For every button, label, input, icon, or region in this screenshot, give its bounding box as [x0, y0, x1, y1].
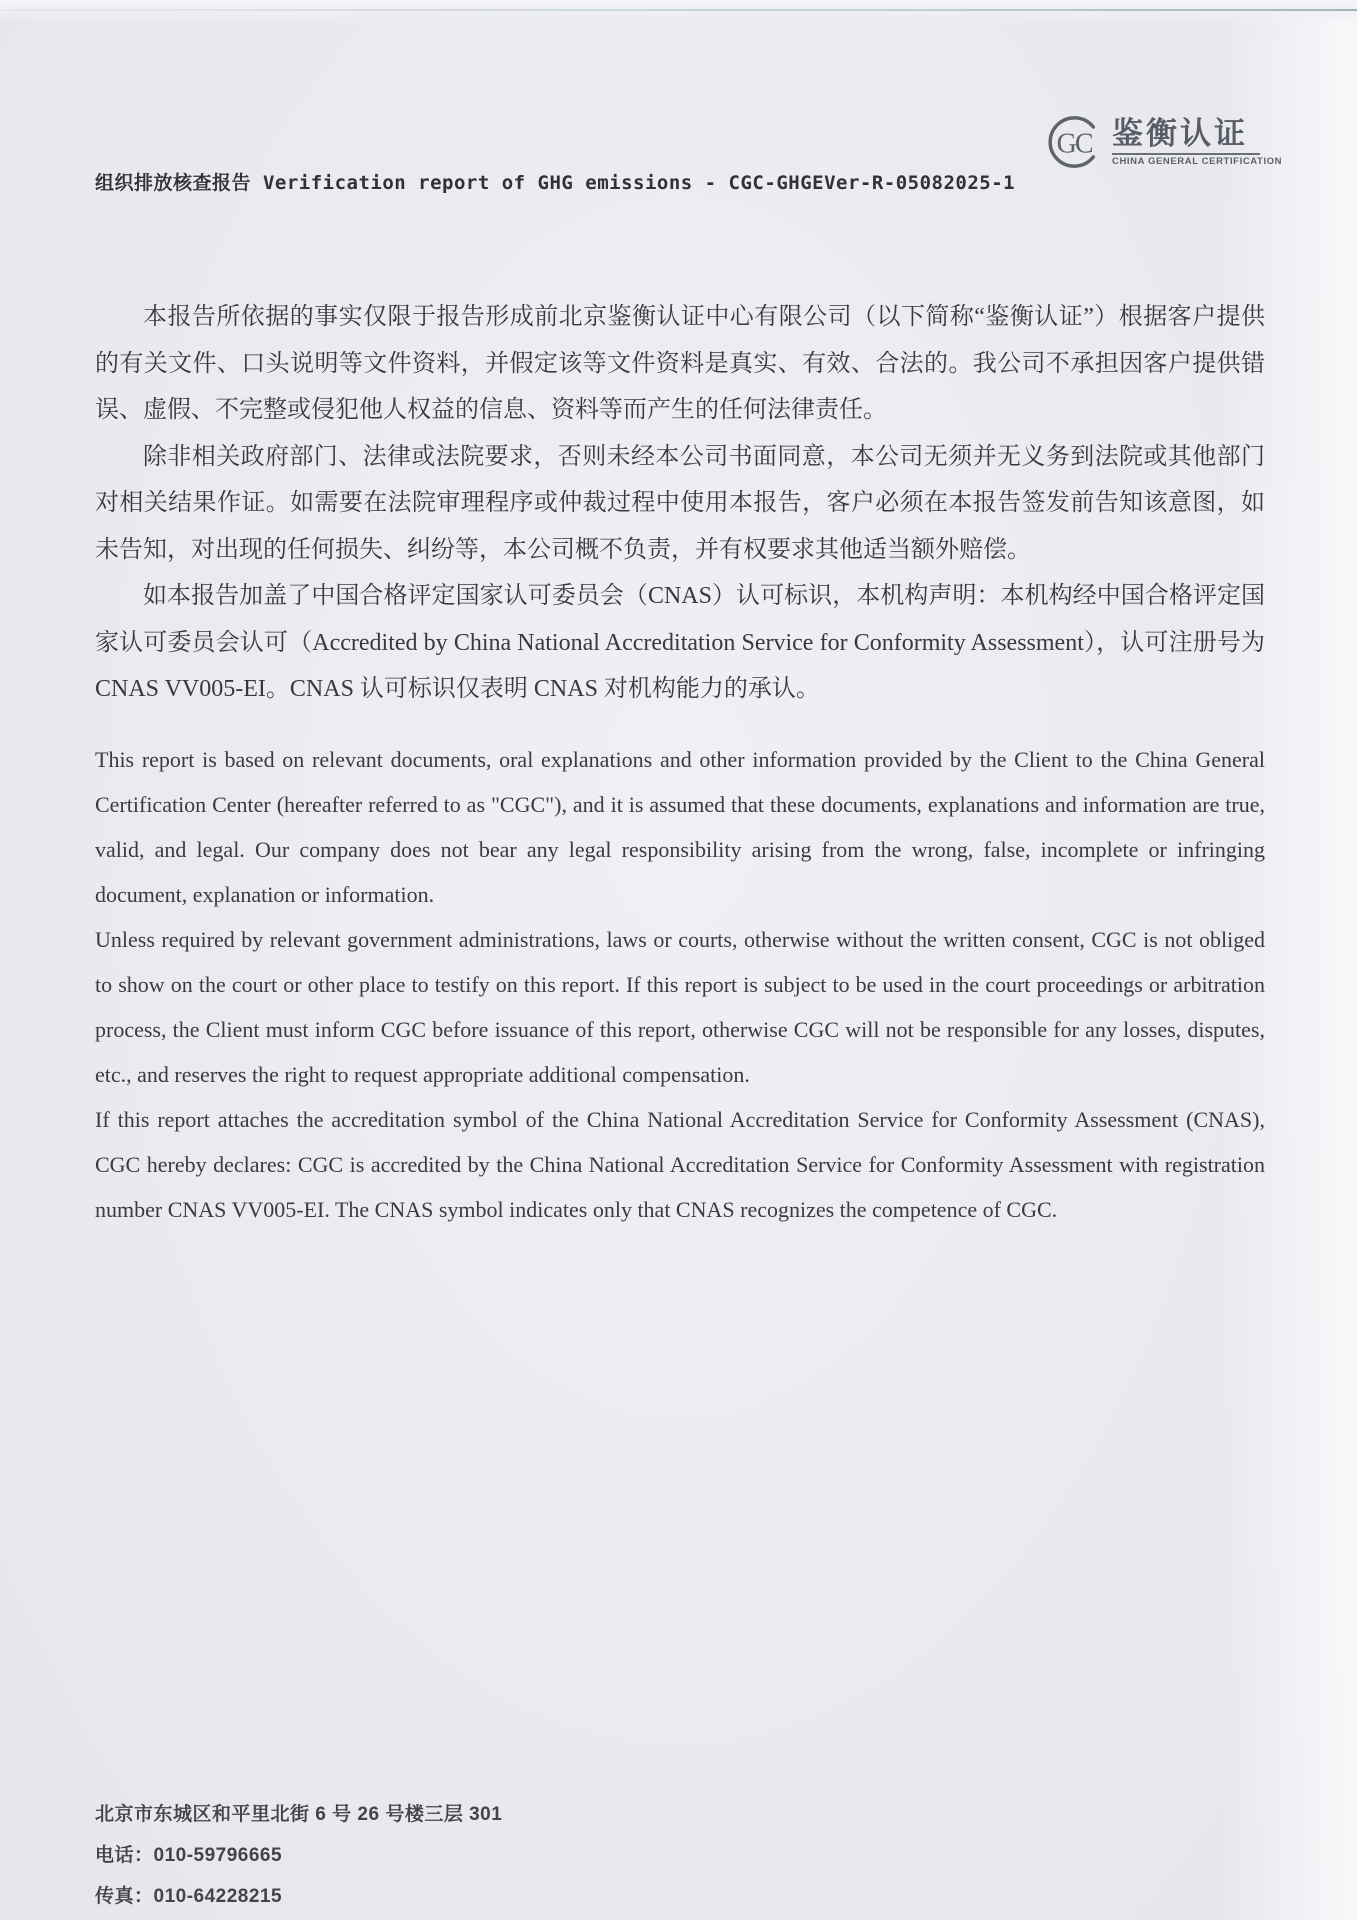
logo-name-english: CHINA GENERAL CERTIFICATION: [1112, 156, 1282, 167]
footer-phone: 电话：010-59796665: [95, 1835, 502, 1876]
english-disclaimer-section: This report is based on relevant documen…: [95, 737, 1265, 1232]
english-paragraph-2: Unless required by relevant government a…: [95, 917, 1265, 1097]
footer-address: 北京市东城区和平里北街 6 号 26 号楼三层 301: [95, 1794, 502, 1835]
english-paragraph-3: If this report attaches the accreditatio…: [95, 1097, 1265, 1232]
english-paragraph-1: This report is based on relevant documen…: [95, 737, 1265, 917]
svg-text:GC: GC: [1057, 129, 1093, 160]
cgc-logo: GC 鉴衡认证 CHINA GENERAL CERTIFICATION: [1044, 112, 1282, 172]
chinese-paragraph-1: 本报告所依据的事实仅限于报告形成前北京鉴衡认证中心有限公司（以下简称“鉴衡认证”…: [95, 294, 1265, 434]
chinese-paragraph-2: 除非相关政府部门、法律或法院要求，否则未经本公司书面同意，本公司无须并无义务到法…: [95, 434, 1265, 574]
footer-fax: 传真：010-64228215: [95, 1876, 502, 1917]
footer-contact-info: 北京市东城区和平里北街 6 号 26 号楼三层 301 电话：010-59796…: [95, 1794, 502, 1917]
scan-artifact-line: [0, 9, 1357, 11]
cgc-logo-mark: GC: [1044, 112, 1102, 172]
chinese-disclaimer-section: 本报告所依据的事实仅限于报告形成前北京鉴衡认证中心有限公司（以下简称“鉴衡认证”…: [95, 294, 1265, 713]
cgc-logo-text: 鉴衡认证 CHINA GENERAL CERTIFICATION: [1112, 117, 1282, 167]
report-header-title: 组织排放核查报告 Verification report of GHG emis…: [95, 168, 955, 195]
logo-divider: [1112, 153, 1260, 155]
chinese-paragraph-3: 如本报告加盖了中国合格评定国家认可委员会（CNAS）认可标识，本机构声明：本机构…: [95, 573, 1265, 713]
logo-name-chinese: 鉴衡认证: [1112, 117, 1282, 151]
document-page: 组织排放核查报告 Verification report of GHG emis…: [0, 0, 1357, 1920]
